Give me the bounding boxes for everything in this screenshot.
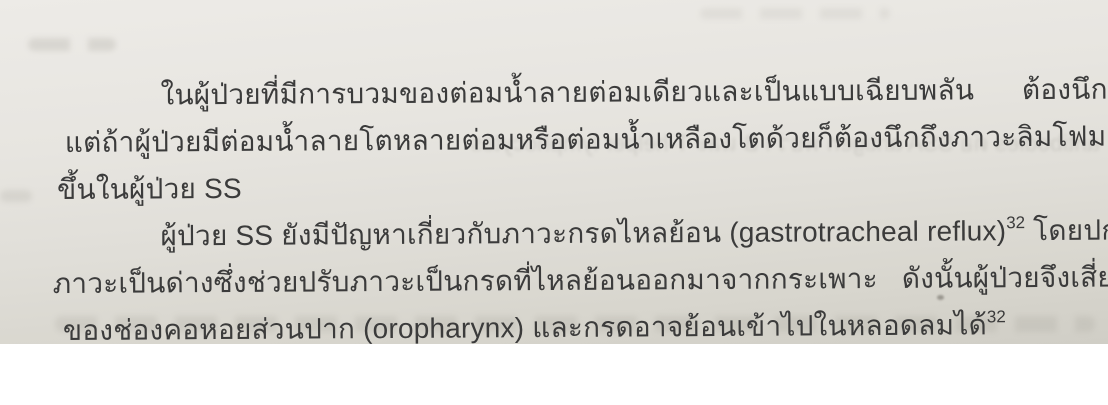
scanned-paper-background: antibodies ต่อ SSA antigen พบว่า B และ T… — [0, 0, 1108, 344]
text-run: แต่ถ้าผู้ป่วยมีต่อมน้ำลายโตหลายต่อมหรือต… — [65, 120, 1108, 158]
citation-superscript: 32 — [987, 307, 1006, 326]
text-run: ภาวะเป็นด่างซึ่งช่วยปรับภาวะเป็นกรดที่ไห… — [53, 261, 1108, 300]
paragraph2-line1: ผู้ป่วย SS ยังมีปัญหาเกี่ยวกับภาวะกรดไหล… — [112, 160, 1108, 213]
text-run: โดยปกติน้ำลายจะมี — [1025, 214, 1108, 247]
citation-superscript: 32 — [1006, 213, 1025, 232]
paragraph1-line1: ในผู้ป่วยที่มีการบวมของต่อมน้ำลายต่อมเดี… — [112, 19, 1107, 72]
text-run: ของช่องคอหอยส่วนปาก (oropharynx) และกรดอ… — [63, 309, 987, 344]
text-run: ผู้ป่วย SS ยังมีปัญหาเกี่ยวกับภาวะกรดไหล… — [160, 215, 1006, 251]
text-run: ขึ้นในผู้ป่วย SS — [57, 173, 242, 205]
text-run: ในผู้ป่วยที่มีการบวมของต่อมน้ำลายต่อมเดี… — [160, 73, 1108, 111]
body-text: ในผู้ป่วยที่มีการบวมของต่อมน้ำลายต่อมเดี… — [0, 0, 1108, 307]
